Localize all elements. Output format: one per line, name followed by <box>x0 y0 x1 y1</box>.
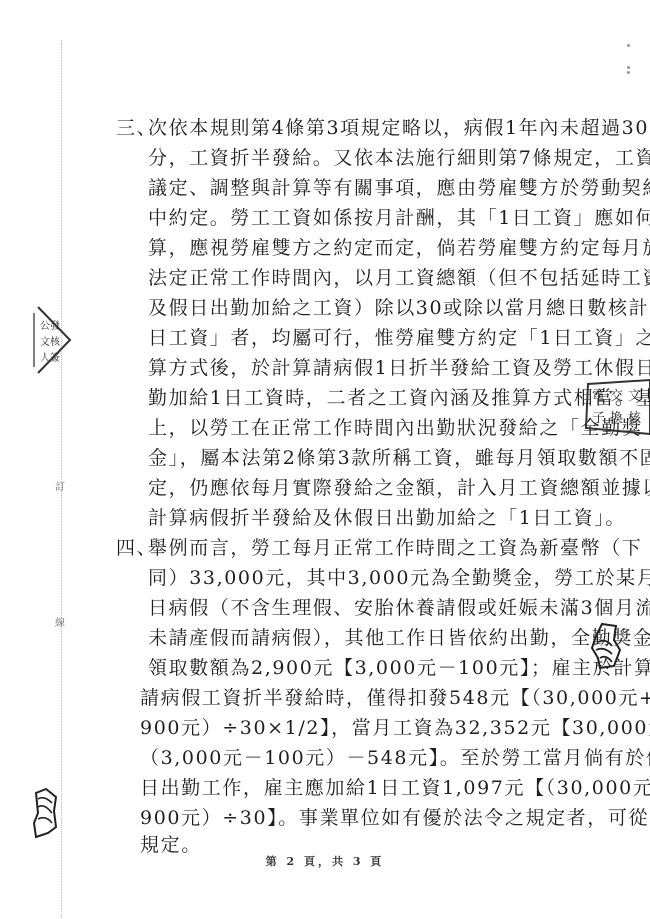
section-4-line: 領取數額為2,900元【3,000元－100元】；雇主於計算該月 <box>148 657 650 679</box>
section-3-line: 勤加給1日工資時，二者之工資內涵及推算方式相當。基 <box>148 387 650 409</box>
section-4-line: 日出勤工作，雇主應加給1日工資1,097元【（30,000元+2, <box>140 777 650 799</box>
svg-text:換: 換 <box>610 410 623 426</box>
section-3-line: 法定正常工作時間內，以月工資總額（但不包括延時工資 <box>148 267 650 289</box>
section-4-line: 同）33,000元，其中3,000元為全勤獎金，勞工於某月請1 <box>148 567 650 589</box>
page-number: 第 2 頁，共 3 頁 <box>0 853 650 869</box>
section-3-line: 分，工資折半發給。又依本法施行細則第7條規定，工資之 <box>148 147 650 169</box>
section-4-line: 900元）÷30】。事業單位如有優於法令之規定者，可從其 <box>140 807 650 829</box>
right-seal-fragment-icon <box>590 622 622 670</box>
document-page: 訂 線 三、 次依本規則第4條第3項規定略以，病假1年內未超過30日部 分，工資… <box>0 0 650 919</box>
section-3-line: 次依本規則第4條第3項規定略以，病假1年內未超過30日部 <box>148 117 650 139</box>
left-seal-fragment-icon <box>32 787 58 839</box>
svg-text:人簽: 人簽 <box>40 351 60 364</box>
section-4-line: 未請產假而請病假），其他工作日皆依約出勤，全勤獎金 <box>148 627 650 649</box>
section-3-line: 中約定。勞工工資如係按月計酬，其「1日工資」應如何計 <box>148 207 650 229</box>
section-4-line: （3,000元－100元）－548元】。至於勞工當月倘有於休假 <box>140 747 650 769</box>
svg-text:電: 電 <box>592 389 605 404</box>
section-3-line: 算，應視勞雇雙方之約定而定，倘若勞雇雙方約定每月於 <box>148 237 650 259</box>
section-3-line: 及假日出勤加給之工資）除以30或除以當月總日數核計「1 <box>148 297 650 319</box>
svg-text:交: 交 <box>610 389 623 404</box>
section-4-line: 900元）÷30×1/2】，當月工資為32,352元【30,000元+ <box>140 717 650 739</box>
section-4-line: 請病假工資折半發給時，僅得扣發548元【（30,000元+2, <box>140 687 650 709</box>
svg-text:子: 子 <box>592 411 605 426</box>
section-4-line: 舉例而言，勞工每月正常工作時間之工資為新臺幣（下 <box>148 537 642 559</box>
right-received-stamp-icon: 電 交 文 子 換 核 <box>584 378 650 436</box>
section-3-line: 算方式後，於計算請病假1日折半發給工資及勞工休假日出 <box>148 357 650 379</box>
section-3-line: 計算病假折半發給及休假日出勤加給之「1日工資」。 <box>148 507 626 529</box>
left-diamond-stamp-icon: 公發 文核 人簽 <box>30 305 72 375</box>
section-3-line: 議定、調整與計算等有關事項，應由勞雇雙方於勞動契約 <box>148 177 650 199</box>
svg-text:文核: 文核 <box>40 335 61 348</box>
binding-mark-lower: 線 <box>55 614 65 629</box>
section-3-line: 日工資」者，均屬可行，惟勞雇雙方約定「1日工資」之計 <box>148 327 650 349</box>
scan-speck <box>627 44 630 47</box>
section-3-line: 定，仍應依每月實際發給之金額，計入月工資總額並據以 <box>148 477 650 499</box>
section-4-line: 日病假（不含生理假、安胎休養請假或妊娠未滿3個月流產 <box>148 597 650 619</box>
section-3-line: 金」，屬本法第2條第3款所稱工資，雖每月領取數額不固 <box>148 447 650 469</box>
svg-text:公發: 公發 <box>40 319 60 332</box>
svg-text:核: 核 <box>628 410 642 426</box>
scan-speck <box>627 66 630 69</box>
binding-mark-upper: 訂 <box>55 478 65 493</box>
scan-speck <box>627 71 630 74</box>
section-3-line: 上，以勞工在正常工作時間內出勤狀況發給之「全勤獎 <box>148 417 642 439</box>
svg-text:文: 文 <box>628 389 641 404</box>
